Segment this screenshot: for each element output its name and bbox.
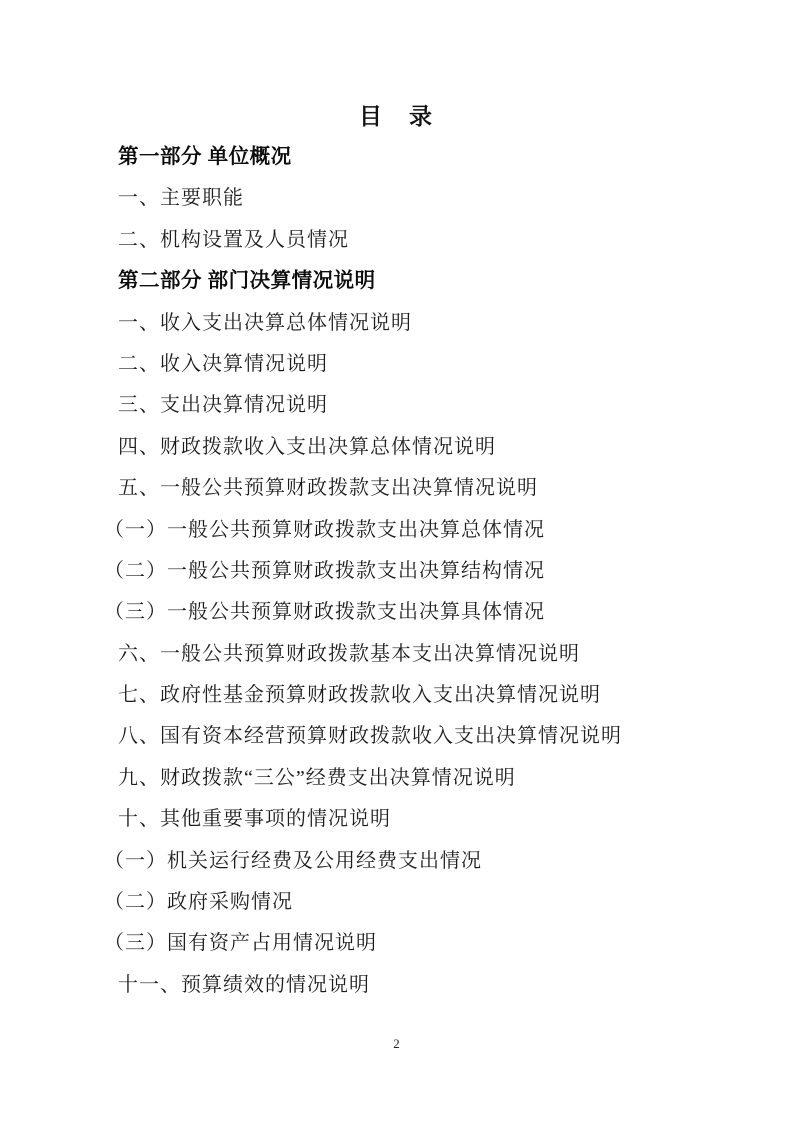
toc-item: 二、机构设置及人员情况 (118, 220, 713, 261)
toc-item: 十一、预算绩效的情况说明 (118, 965, 713, 1006)
toc-item: 一、主要职能 (118, 178, 713, 219)
toc-list: 第一部分 单位概况一、主要职能二、机构设置及人员情况第二部分 部门决算情况说明一… (0, 137, 793, 1006)
toc-item: （二）一般公共预算财政拨款支出决算结构情况 (104, 551, 713, 592)
toc-item: 六、一般公共预算财政拨款基本支出决算情况说明 (118, 634, 713, 675)
toc-item: 二、收入决算情况说明 (118, 344, 713, 385)
page-title: 目 录 (0, 0, 793, 137)
toc-item: （二）政府采购情况 (104, 882, 713, 923)
toc-item: 三、支出决算情况说明 (118, 385, 713, 426)
toc-item: 一、收入支出决算总体情况说明 (118, 303, 713, 344)
toc-item: 五、一般公共预算财政拨款支出决算情况说明 (118, 468, 713, 509)
toc-section-heading: 第二部分 部门决算情况说明 (118, 261, 713, 302)
toc-item: （一）机关运行经费及公用经费支出情况 (104, 841, 713, 882)
toc-item: 八、国有资本经营预算财政拨款收入支出决算情况说明 (118, 716, 713, 757)
page-number: 2 (0, 1032, 793, 1056)
toc-item: 九、财政拨款“三公”经费支出决算情况说明 (118, 758, 713, 799)
toc-item: 十、其他重要事项的情况说明 (118, 799, 713, 840)
toc-section-heading: 第一部分 单位概况 (118, 137, 713, 178)
toc-item: （一）一般公共预算财政拨款支出决算总体情况 (104, 510, 713, 551)
toc-item: （三）一般公共预算财政拨款支出决算具体情况 (104, 592, 713, 633)
toc-item: 七、政府性基金预算财政拨款收入支出决算情况说明 (118, 675, 713, 716)
toc-item: 四、财政拨款收入支出决算总体情况说明 (118, 427, 713, 468)
document-page: 目 录 第一部分 单位概况一、主要职能二、机构设置及人员情况第二部分 部门决算情… (0, 0, 793, 1122)
toc-item: （三）国有资产占用情况说明 (104, 923, 713, 964)
